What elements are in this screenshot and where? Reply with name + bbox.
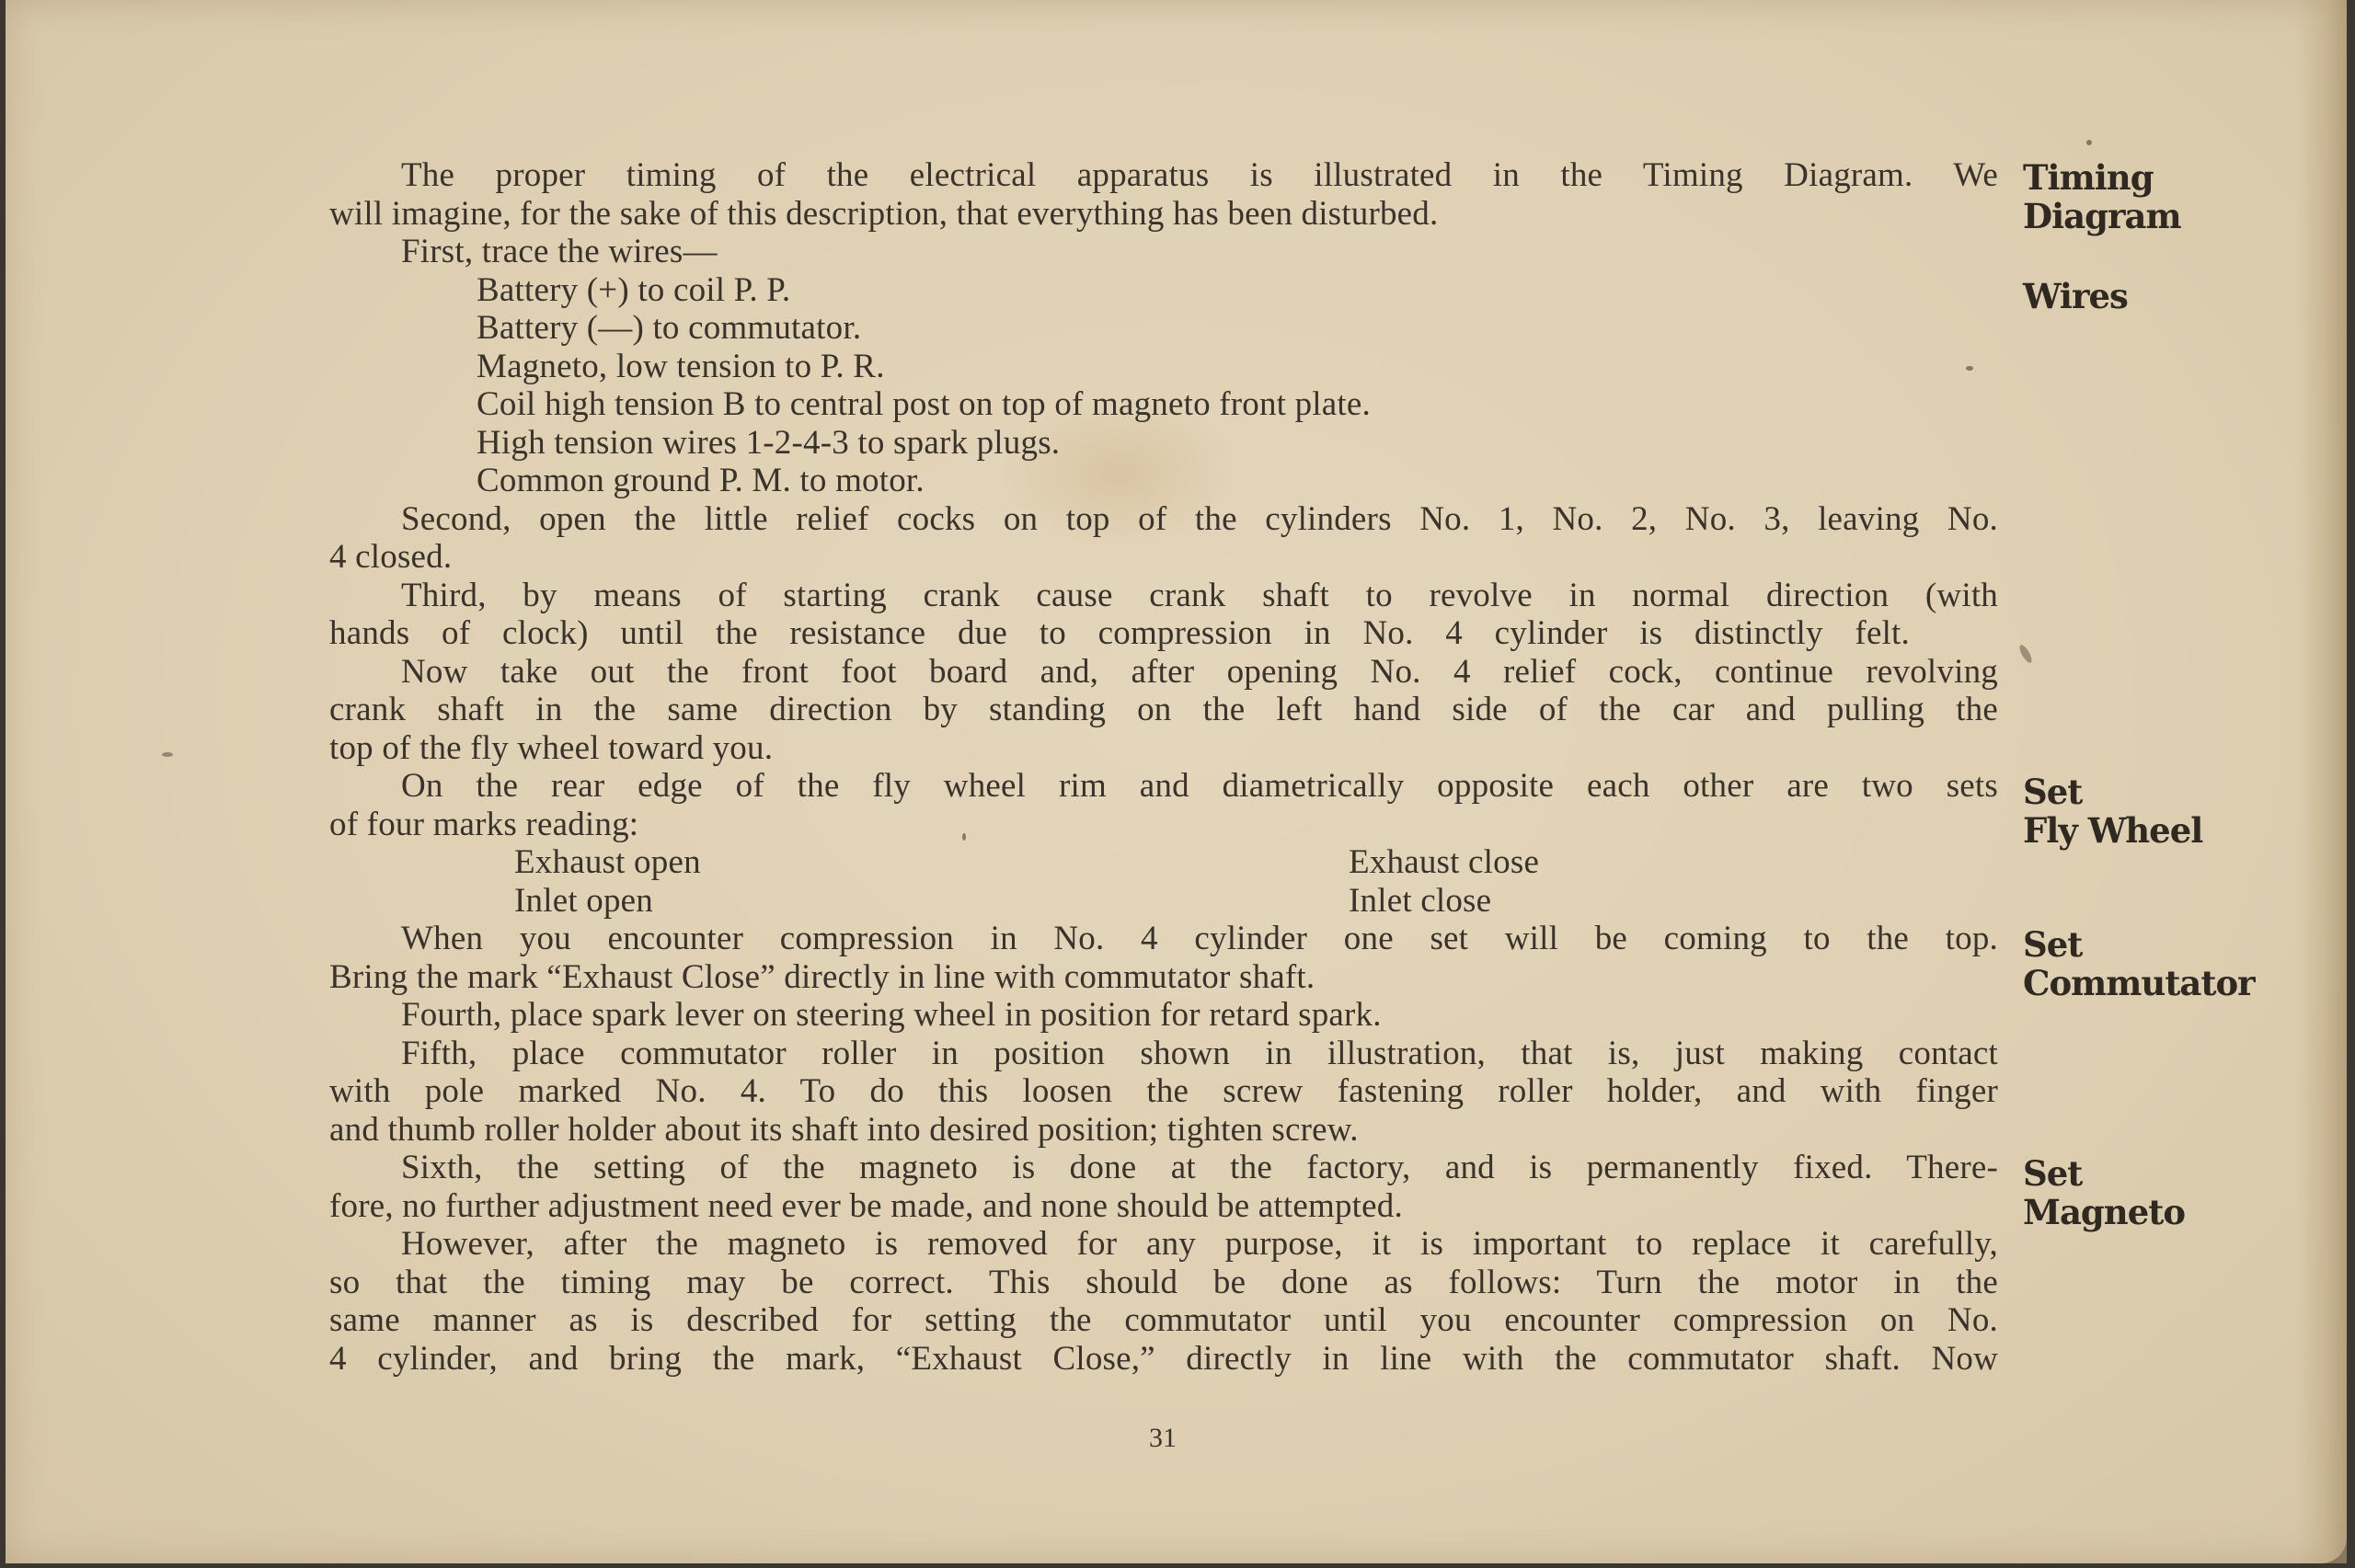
- text-line: First, trace the wires—: [401, 233, 718, 271]
- wire-list-item: High tension wires 1-2-4-3 to spark plug…: [477, 424, 1060, 463]
- wire-list-item: Magneto, low tension to P. R.: [477, 348, 885, 386]
- text-line: The proper timing of the electrical appa…: [401, 156, 1998, 195]
- text-line: Fourth, place spark lever on steering wh…: [401, 996, 1382, 1035]
- mark-inlet-close: Inlet close: [1349, 882, 1491, 921]
- ink-speck: [1966, 366, 1973, 371]
- text-line: will imagine, for the sake of this descr…: [329, 195, 1438, 234]
- text-line: 4 closed.: [329, 538, 452, 577]
- ink-speck: [2086, 140, 2092, 145]
- sidenote-set-fly-wheel: Set Fly Wheel: [2023, 773, 2202, 850]
- ink-speck: [962, 833, 966, 841]
- mark-exhaust-open: Exhaust open: [514, 843, 701, 882]
- text-line: fore, no further adjustment need ever be…: [329, 1187, 1403, 1226]
- text-line: and thumb roller holder about its shaft …: [329, 1111, 1359, 1150]
- text-line: Bring the mark “Exhaust Close” directly …: [329, 958, 1315, 997]
- text-line: same manner as is described for setting …: [329, 1301, 1998, 1340]
- text-line: Now take out the front foot board and, a…: [401, 653, 1998, 692]
- ink-speck: [162, 752, 173, 757]
- text-line: hands of clock) until the resistance due…: [329, 614, 1910, 653]
- text-line: When you encounter compression in No. 4 …: [401, 920, 1998, 958]
- book-page: The proper timing of the electrical appa…: [6, 0, 2347, 1563]
- text-line: However, after the magneto is removed fo…: [401, 1225, 1998, 1264]
- sidenote-wires: Wires: [2023, 277, 2128, 315]
- text-line: top of the fly wheel toward you.: [329, 729, 773, 768]
- text-line: On the rear edge of the fly wheel rim an…: [401, 767, 1998, 806]
- wire-list-item: Coil high tension B to central post on t…: [477, 385, 1371, 424]
- sidenote-set-magneto: Set Magneto: [2023, 1154, 2185, 1231]
- text-line: crank shaft in the same direction by sta…: [329, 691, 1998, 729]
- wire-list-item: Battery (—) to commutator.: [477, 309, 861, 348]
- page-spine-shadow: [2296, 0, 2347, 1563]
- text-line: with pole marked No. 4. To do this loose…: [329, 1072, 1998, 1111]
- text-line: so that the timing may be correct. This …: [329, 1264, 1998, 1302]
- wire-list-item: Battery (+) to coil P. P.: [477, 271, 790, 310]
- text-line: Second, open the little relief cocks on …: [401, 500, 1998, 539]
- mark-inlet-open: Inlet open: [514, 882, 653, 921]
- wire-list-item: Common ground P. M. to motor.: [477, 462, 925, 500]
- text-line: Fifth, place commutator roller in positi…: [401, 1035, 1998, 1073]
- page-number: 31: [1149, 1423, 1177, 1454]
- sidenote-set-commutator: Set Commutator: [2023, 925, 2255, 1002]
- ink-smudge: [2017, 643, 2034, 664]
- text-line: Sixth, the setting of the magneto is don…: [401, 1149, 1998, 1187]
- sidenote-timing-diagram: Timing Diagram: [2023, 158, 2181, 235]
- text-line: 4 cylinder, and bring the mark, “Exhaust…: [329, 1340, 1998, 1379]
- text-line: of four marks reading:: [329, 806, 638, 844]
- mark-exhaust-close: Exhaust close: [1349, 843, 1539, 882]
- text-line: Third, by means of starting crank cause …: [401, 577, 1998, 615]
